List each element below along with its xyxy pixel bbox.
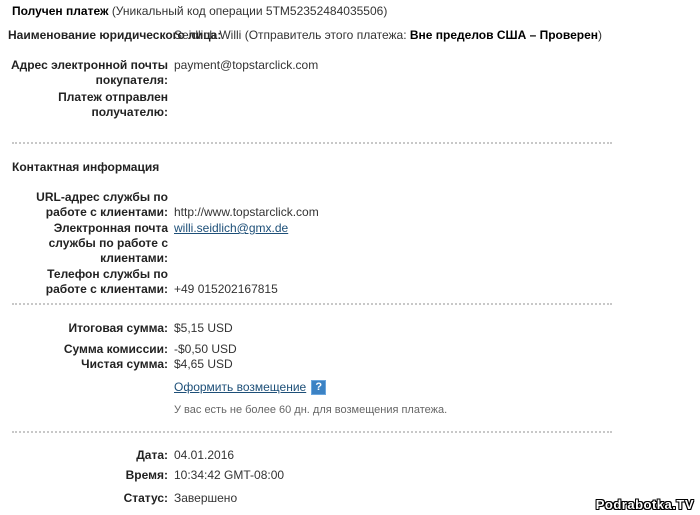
issue-refund-link[interactable]: Оформить возмещение bbox=[174, 380, 306, 394]
payer-email-value: payment@topstarclick.com bbox=[174, 58, 318, 73]
divider bbox=[12, 303, 612, 305]
sender-status: Вне пределов США – Проверен bbox=[410, 28, 598, 42]
contact-section-title: Контактная информация bbox=[12, 160, 159, 174]
support-email-value: willi.seidlich@gmx.de bbox=[174, 221, 288, 236]
fee-amount-label: Сумма комиссии: bbox=[64, 342, 168, 357]
support-email-link[interactable]: willi.seidlich@gmx.de bbox=[174, 221, 288, 235]
fee-amount-value: -$0,50 USD bbox=[174, 342, 237, 357]
time-value: 10:34:42 GMT-08:00 bbox=[174, 468, 284, 483]
date-value: 04.01.2016 bbox=[174, 448, 234, 463]
title-bold: Получен платеж bbox=[12, 4, 108, 18]
sent-to-label: Платеж отправлен получателю: bbox=[58, 90, 168, 120]
total-amount-value: $5,15 USD bbox=[174, 321, 233, 336]
support-email-label: Электронная почта службы по работе с кли… bbox=[38, 221, 168, 266]
net-amount-label: Чистая сумма: bbox=[81, 357, 168, 372]
divider bbox=[12, 142, 612, 144]
payer-email-label: Адрес электронной почты покупателя: bbox=[0, 58, 168, 88]
support-phone-label: Телефон службы по работе с клиентами: bbox=[28, 267, 168, 297]
refund-note: У вас есть не более 60 дн. для возмещени… bbox=[174, 404, 447, 416]
date-label: Дата: bbox=[136, 448, 168, 463]
support-url-value: http://www.topstarclick.com bbox=[174, 205, 319, 220]
support-phone-value: +49 015202167815 bbox=[174, 282, 278, 297]
status-value: Завершено bbox=[174, 491, 237, 506]
total-amount-label: Итоговая сумма: bbox=[68, 321, 168, 336]
help-icon[interactable]: ? bbox=[311, 380, 326, 395]
refund-row: Оформить возмещение? bbox=[174, 380, 326, 395]
transaction-id: (Уникальный код операции 5TM523524840355… bbox=[112, 4, 388, 18]
divider bbox=[12, 431, 612, 433]
watermark: Podrabotka.TV bbox=[596, 497, 694, 512]
time-label: Время: bbox=[126, 468, 168, 483]
net-amount-value: $4,65 USD bbox=[174, 357, 233, 372]
payer-name-label: Наименование юридического лица: bbox=[8, 28, 168, 43]
status-label: Статус: bbox=[124, 491, 168, 506]
page-title: Получен платеж (Уникальный код операции … bbox=[12, 4, 387, 18]
support-url-label: URL-адрес службы по работе с клиентами: bbox=[28, 190, 168, 220]
payer-name-value: Seidlich Willi (Отправитель этого платеж… bbox=[174, 28, 602, 43]
